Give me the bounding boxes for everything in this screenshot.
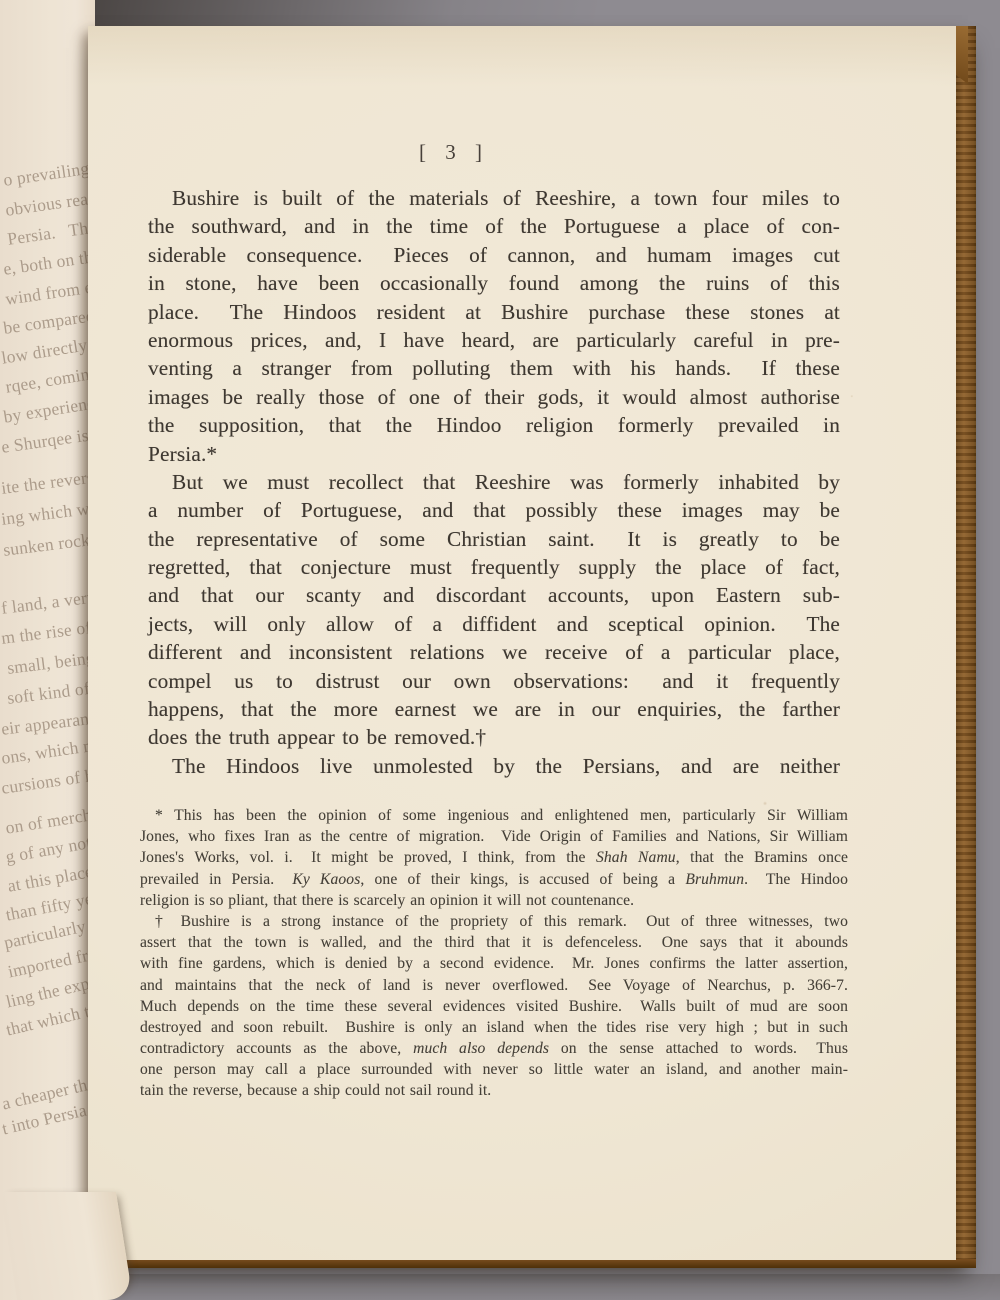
main-text: Bushire is built of the materials of Ree…: [148, 184, 840, 780]
footnote-line: contradictory accounts as the above, muc…: [140, 1038, 848, 1059]
text-line: enormous prices, and, I have heard, are …: [148, 326, 840, 354]
footnote-line: destroyed and soon rebuilt. Bushire is o…: [140, 1017, 848, 1038]
backdrop-bottom-shadow: [0, 1274, 1000, 1300]
facing-page-fragment: f land, a very little di: [0, 580, 95, 619]
book: [ 3 ] Bushire is built of the materials …: [88, 26, 976, 1268]
footnotes: * This has been the opinion of some inge…: [140, 805, 848, 1102]
footnote-line: † Bushire is a strong instance of the pr…: [140, 911, 848, 932]
text-line: Bushire is built of the materials of Ree…: [148, 184, 840, 212]
text-line: But we must recollect that Reeshire was …: [148, 468, 840, 496]
footnote-line: prevailed in Persia. Ky Kaoos, one of th…: [140, 869, 848, 890]
text-line: compel us to distrust our own observatio…: [148, 667, 840, 695]
leather-bottom-edge: [128, 1259, 976, 1268]
facing-page-fragment: sunken rock, we arr: [2, 523, 95, 561]
facing-page-curl: [0, 1192, 133, 1300]
text-line: regretted, that conjecture must frequent…: [148, 553, 840, 581]
text-line: and that our scanty and discordant accou…: [148, 581, 840, 609]
facing-page-fragment: o prevailing wind: [2, 152, 95, 190]
page-number: [ 3 ]: [384, 140, 524, 165]
text-line: Persia.*: [148, 440, 840, 468]
footnote-line: assert that the town is walled, and the …: [140, 932, 848, 953]
text-line: venting a stranger from polluting them w…: [148, 354, 840, 382]
footnote-line: one person may call a place surrounded w…: [140, 1059, 848, 1080]
facing-page-edge: o prevailing windobvious reason mePersia…: [0, 0, 95, 1300]
footnote-line: tain the reverse, because a ship could n…: [140, 1080, 848, 1101]
footnote-line: * This has been the opinion of some inge…: [140, 805, 848, 826]
footnote-line: with fine gardens, which is denied by a …: [140, 953, 848, 974]
book-photo: o prevailing windobvious reason mePersia…: [0, 0, 1000, 1300]
main-page: [ 3 ] Bushire is built of the materials …: [88, 26, 956, 1260]
text-line: the representative of some Christian sai…: [148, 525, 840, 553]
text-line: happens, that the more earnest we are in…: [148, 695, 840, 723]
footnote-line: Much depends on the time these several e…: [140, 996, 848, 1017]
text-line: images be really those of one of their g…: [148, 383, 840, 411]
text-line: The Hindoos live unmolested by the Persi…: [148, 752, 840, 780]
footnote-line: and maintains that the neck of land is n…: [140, 975, 848, 996]
footnote-line: religion is so pliant, that there is sca…: [140, 890, 848, 911]
facing-page-fragment: ite the reverse with: [0, 461, 95, 499]
text-line: the supposition, that the Hindoo religio…: [148, 411, 840, 439]
leather-fore-edge: [954, 26, 976, 1268]
text-line: siderable consequence. Pieces of cannon,…: [148, 241, 840, 269]
text-line: the southward, and in the time of the Po…: [148, 212, 840, 240]
footnote-line: Jones's Works, vol. i. It might be prove…: [140, 847, 848, 868]
text-line: different and inconsistent relations we …: [148, 638, 840, 666]
text-line: place. The Hindoos resident at Bushire p…: [148, 298, 840, 326]
text-line: does the truth appear to be removed.†: [148, 723, 840, 751]
text-line: in stone, have been occasionally found a…: [148, 269, 840, 297]
text-line: a number of Portuguese, and that possibl…: [148, 496, 840, 524]
text-line: jects, will only allow of a diffident an…: [148, 610, 840, 638]
footnote-line: Jones, who fixes Iran as the centre of m…: [140, 826, 848, 847]
